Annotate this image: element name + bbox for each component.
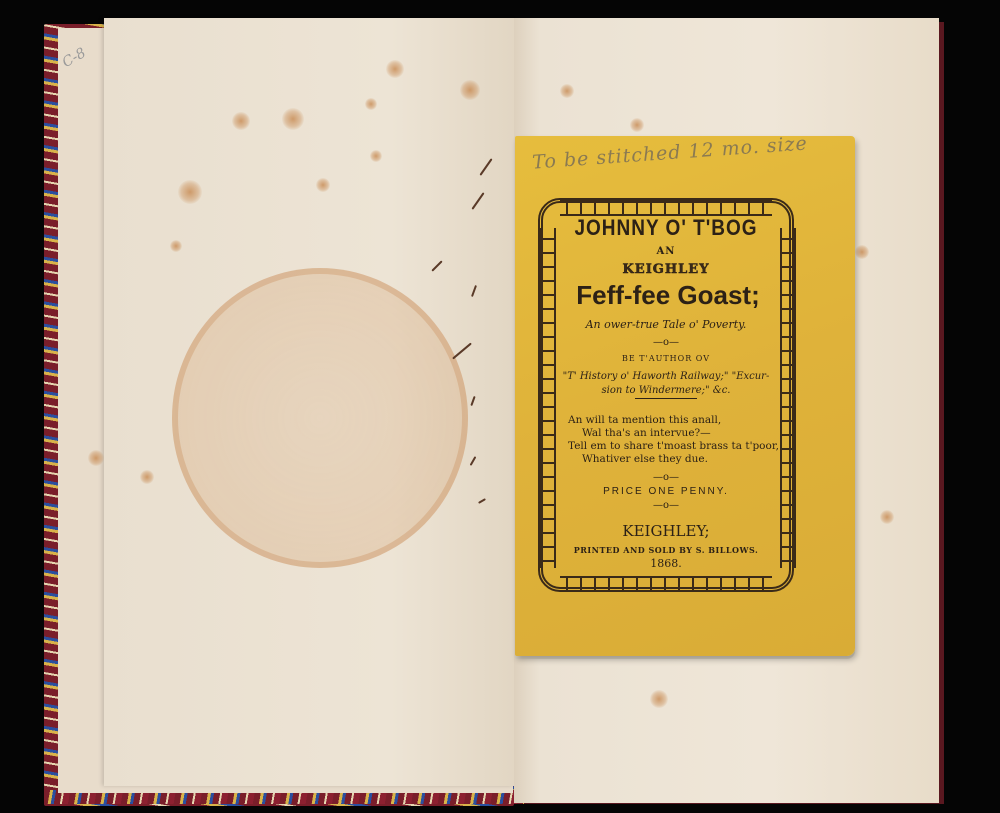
pamphlet-year: 1868. [555,557,777,570]
pamphlet-rule: —o— [555,472,777,483]
foxing-spot [178,180,202,204]
pamphlet-by-line: BE T'AUTHOR OV [555,354,777,363]
foxing-spot [140,470,154,484]
foxing-spot [386,60,404,78]
pamphlet-rule: —o— [555,337,777,348]
foxing-spot [316,178,330,192]
foxing-spot [650,690,668,708]
foxing-spot [232,112,250,130]
pamphlet-title: JOHNNY O' T'BOG [555,216,777,241]
verse-line: Whativer else they due. [582,453,708,465]
pamphlet-price: PRICE ONE PENNY. [555,486,777,497]
foxing-spot [460,80,480,100]
foxing-spot [370,150,382,162]
pamphlet-rule: —o— [555,500,777,511]
foxing-spot [855,245,869,259]
verse-line: Tell em to share t'moast brass ta t'poor… [568,440,779,452]
pamphlet-place: KEIGHLEY; [555,522,777,540]
pamphlet-works-line: "T' History o' Haworth Railway;" "Excur- [555,370,777,384]
foxing-spot [630,118,644,132]
foxing-spot [88,450,104,466]
ornamental-border-right [780,228,796,568]
foxing-spot [365,98,377,110]
ring-stain [172,268,468,568]
ornamental-border-top [560,200,772,216]
pamphlet-an: AN [555,246,777,257]
foxing-spot [880,510,894,524]
verse-line: Wal tha's an intervue?— [582,427,711,439]
pamphlet-works-line: sion to Windermere;" &c. [555,384,777,398]
pamphlet-printer: PRINTED AND SOLD BY S. BILLOWS. [555,545,777,555]
pamphlet-divider [635,398,697,399]
ornamental-border-left [540,228,556,568]
verse-line: An will ta mention this anall, [568,414,721,426]
pamphlet-keighley-decorative: KEIGHLEY [555,262,777,277]
foxing-spot [170,240,182,252]
foxing-spot [560,84,574,98]
pamphlet-subtitle: An ower-true Tale o' Poverty. [555,318,777,331]
pamphlet-main-title: Feff-fee Goast; [550,280,786,311]
pamphlet-works: "T' History o' Haworth Railway;" "Excur-… [555,370,777,398]
ornamental-border-bottom [560,576,772,592]
foxing-spot [282,108,304,130]
